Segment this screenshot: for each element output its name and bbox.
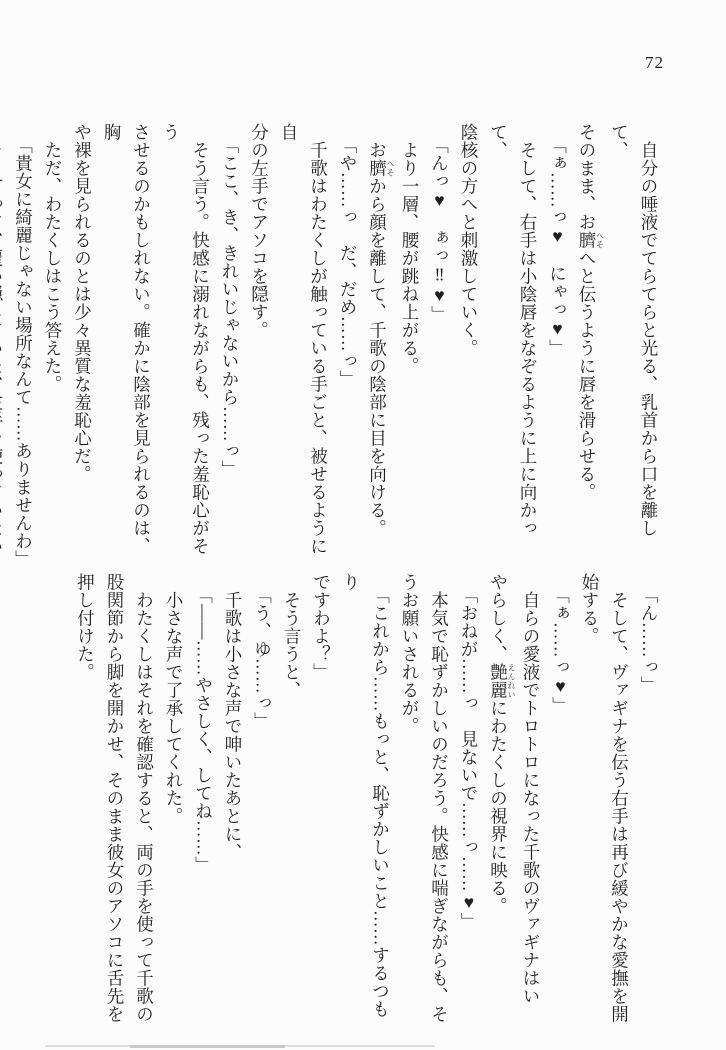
text-line: 押し付けた。 bbox=[70, 573, 100, 1025]
text-line: 陰核の方へと刺激していく。 bbox=[454, 123, 484, 564]
text-line: 「ここ、き、きれいじゃないから……っ」 bbox=[215, 123, 245, 564]
text-line: お臍へそから顔を離して、千歌の陰部に目を向ける。 bbox=[362, 123, 395, 564]
book-page: 72 自分の唾液でてらてらと光る、乳首から口を離して、そのまま、お臍へそへと伝う… bbox=[0, 0, 726, 1050]
text-line: そう言うと、 bbox=[277, 573, 307, 1025]
text-line: や裸を見られるのとは少々異質な羞恥心だ。 bbox=[67, 123, 97, 564]
text-line: 「や……っ だ、だめ……っ」 bbox=[333, 123, 363, 564]
ruby-annotated-word: 臍へそ bbox=[577, 231, 597, 249]
text-line: 股関節から脚を開かせ、そのまま彼女のアソコに舌先を bbox=[100, 573, 130, 1025]
page-number: 72 bbox=[645, 53, 664, 73]
text-line: 千歌は小さな声で呻いたあとに、 bbox=[218, 573, 248, 1025]
text-line: そう言う。快感に溺れながらも、残った羞恥心がそう bbox=[156, 123, 215, 564]
text-line: 自らの愛液でトロトロになった千歌のヴァギナはい bbox=[516, 573, 546, 1025]
text-line: 本気で恥ずかしいのだろう。快感に喘ぎながらも、そ bbox=[424, 573, 454, 1025]
text-line: そして、右手は小陰唇をなぞるように上に向かって、 bbox=[483, 123, 542, 564]
text-line: 小さな声で了承してくれた。 bbox=[159, 573, 189, 1025]
text-line: 「う、ゆ……っ」 bbox=[247, 573, 277, 1025]
text-line: 「ぁ……っ♥ にゃっ♥」 bbox=[542, 123, 572, 564]
text-line: そして、ヴァギナを伝う右手は再び緩やかな愛撫を開 bbox=[604, 573, 634, 1025]
text-line: ですわよ？」 bbox=[306, 573, 336, 1025]
ruby-annotated-word: 臍へそ bbox=[368, 159, 388, 177]
text-line: 「おねが……っ 見ないで……っ……♥」 bbox=[454, 573, 484, 1025]
text-line: 「んっ♥ ぁっ‼♥」 bbox=[424, 123, 454, 564]
text-line: より一層、腰が跳ね上がる。 bbox=[395, 123, 425, 564]
scan-artifact-line-dark bbox=[130, 1045, 285, 1048]
ruby-annotated-word: 艶麗えんれい bbox=[489, 663, 509, 699]
text-block-bottom: 「ん……っ」そして、ヴァギナを伝う右手は再び緩やかな愛撫を開始する。「ぁ……っ♥… bbox=[70, 573, 663, 1025]
text-line: ただ、わたくしはこう答えた。 bbox=[38, 123, 68, 564]
text-line: させるのかもしれない。確かに陰部を見られるのは、胸 bbox=[97, 123, 156, 564]
text-line: 「ぁ……っ♥」 bbox=[545, 573, 575, 1025]
text-line: 自分の唾液でてらてらと光る、乳首から口を離して、 bbox=[604, 123, 663, 564]
text-line: 「ん……っ」 bbox=[634, 573, 664, 1025]
text-line: 「貴女に綺麗じゃない場所なんて……ありませんわ」 bbox=[8, 123, 38, 564]
text-line: そう言って、覆い隠していた、左手を使っていない逆 bbox=[0, 123, 8, 564]
text-line: 分の左手でアソコを隠す。 bbox=[244, 123, 274, 564]
text-line: 始する。 bbox=[575, 573, 605, 1025]
text-line: わたくしはそれを確認すると、両の手を使って千歌の bbox=[129, 573, 159, 1025]
text-block-top: 自分の唾液でてらてらと光る、乳首から口を離して、そのまま、お臍へそへと伝うように… bbox=[0, 123, 663, 564]
text-line: そのまま、お臍へそへと伝うように唇を滑らせる。 bbox=[572, 123, 605, 564]
text-line: うお願いされるが。 bbox=[395, 573, 425, 1025]
text-line: 千歌はわたくしが触っている手ごと、被せるように自 bbox=[274, 123, 333, 564]
text-line: 「――……やさしく、してね……」 bbox=[188, 573, 218, 1025]
text-line: 「これから……もっと、恥ずかしいこと……するつもり bbox=[336, 573, 395, 1025]
text-line: やらしく、艶麗えんれいにわたくしの視界に映る。 bbox=[483, 573, 516, 1025]
